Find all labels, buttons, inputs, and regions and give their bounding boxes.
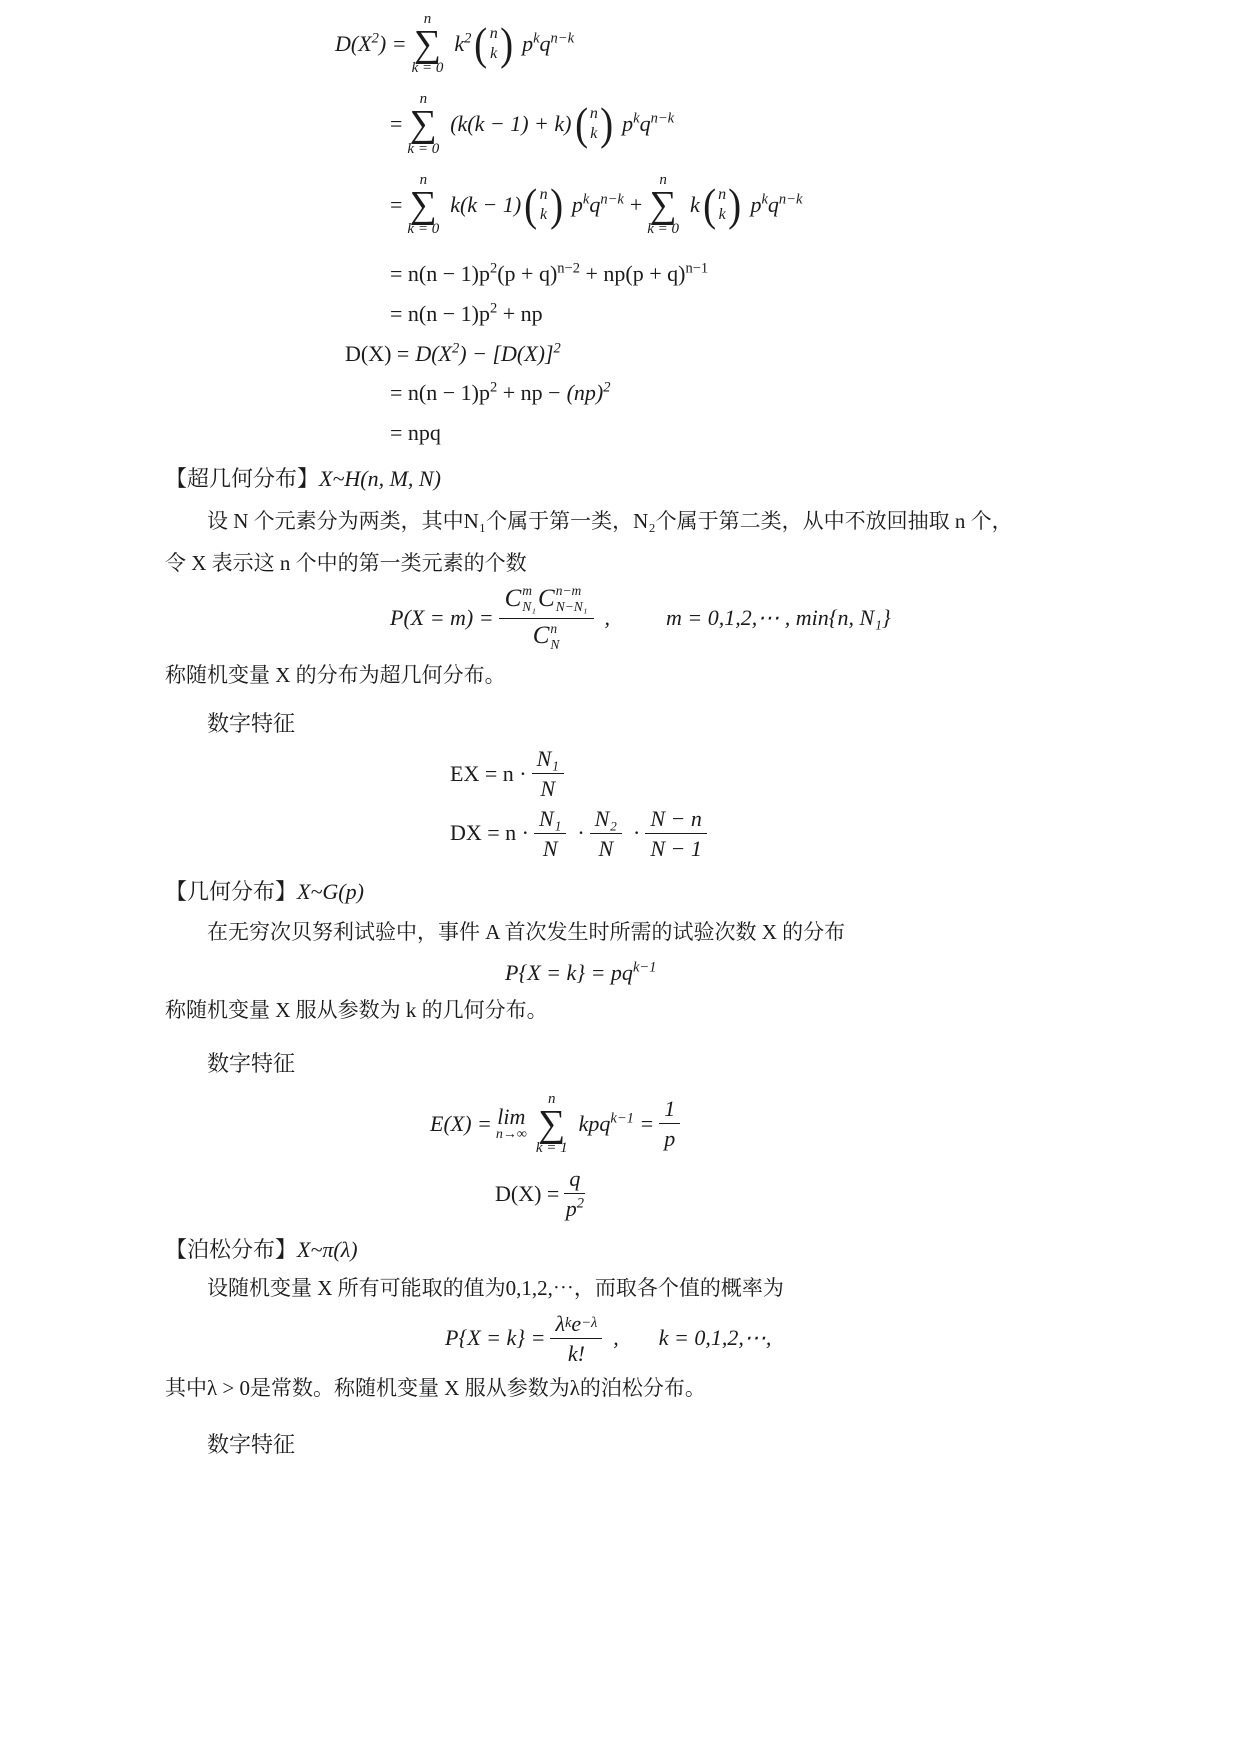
heading-notation: X~H(n, M, N): [319, 466, 441, 492]
section-heading-geometric: 【几何分布】 X~G(p): [165, 875, 1090, 906]
binomial-variance-derivation: D(X2) = n ∑ k = 0 k2 ( nk ) pkqn−k = n ∑…: [165, 12, 1090, 446]
sigma-icon: ∑: [538, 1108, 565, 1140]
limit-symbol: lim n→∞: [496, 1105, 527, 1143]
math-token: (k(k − 1) + k): [450, 111, 571, 137]
summation-symbol: n ∑ k = 1: [536, 1092, 568, 1156]
math-token: = n(n − 1)p2(p + q)n−2 + np(p + q)n−1: [390, 261, 708, 287]
fraction: 1 p: [659, 1096, 680, 1152]
equation-dx2-definition: D(X2) = n ∑ k = 0 k2 ( nk ) pkqn−k: [165, 12, 1090, 76]
equation-split-sums: = n ∑ k = 0 k(k − 1) ( nk ) pkqn−k + n ∑…: [165, 173, 1090, 237]
binom-top: n: [490, 24, 498, 44]
equation-simplified: = n(n − 1)p2 + np: [165, 301, 1090, 327]
equation-expand-k: = n ∑ k = 0 (k(k − 1) + k) ( nk ) pkqn−k: [165, 92, 1090, 156]
summation-symbol: n ∑ k = 0: [412, 12, 444, 76]
numeric-features-label: 数字特征: [165, 707, 1090, 738]
equation-variance-expanded: = n(n − 1)p2 + np − (np)2: [165, 380, 1090, 406]
plus-sign: +: [630, 192, 642, 218]
section-heading-poisson: 【泊松分布】 X~π(λ): [165, 1233, 1090, 1264]
poisson-section: 【泊松分布】 X~π(λ) 设随机变量 X 所有可能取的值为0,1,2,⋯，而取…: [165, 1233, 1090, 1459]
paragraph: 称随机变量 X 服从参数为 k 的几何分布。: [165, 998, 1090, 1022]
math-token: P{X = k} = pqk−1: [505, 960, 656, 986]
math-token: = n(n − 1)p2 + np: [390, 301, 543, 327]
combination-symbol: C n−mN−N₁: [538, 583, 588, 615]
geometric-expectation: E(X) = lim n→∞ n ∑ k = 1 kpqk−1 = 1 p: [165, 1092, 1090, 1156]
math-token: (np)2: [567, 380, 611, 406]
binomial-coefficient: ( nk ): [574, 104, 615, 144]
math-token: = npq: [390, 420, 441, 446]
math-token: P(X = m) =: [390, 605, 494, 631]
binomial-coefficient: ( nk ): [473, 24, 514, 64]
dot-operator: ·: [577, 820, 584, 846]
section-heading-hypergeometric: 【超几何分布】 X~H(n, M, N): [165, 462, 1090, 493]
geometric-pmf: P{X = k} = pqk−1: [165, 960, 1090, 986]
sigma-icon: ∑: [410, 189, 437, 221]
hypergeometric-expectation: EX = n · N₁ N: [165, 746, 1090, 802]
pmf-range: k = 0,1,2,⋯,: [659, 1325, 772, 1351]
math-token: kpqk−1 =: [579, 1111, 655, 1137]
equals-sign: =: [390, 111, 402, 137]
paragraph: 在无穷次贝努利试验中，事件 A 首次发生时所需的试验次数 X 的分布: [165, 920, 1090, 944]
binomial-coefficient: ( nk ): [523, 185, 564, 225]
paragraph: 设随机变量 X 所有可能取的值为0,1,2,⋯，而取各个值的概率为: [165, 1276, 1090, 1300]
heading-label: 【几何分布】: [165, 875, 297, 906]
heading-label: 【泊松分布】: [165, 1233, 297, 1264]
math-token: pkqn−k: [522, 31, 574, 57]
math-token: DX = n ·: [450, 820, 529, 846]
sigma-icon: ∑: [650, 189, 677, 221]
math-token: k(k − 1): [450, 192, 521, 218]
summation-symbol: n ∑ k = 0: [407, 173, 439, 237]
summation-symbol: n ∑ k = 0: [647, 173, 679, 237]
paragraph: 称随机变量 X 的分布为超几何分布。: [165, 663, 1090, 687]
heading-notation: X~G(p): [297, 879, 364, 905]
math-token: = n(n − 1)p2 + np −: [390, 380, 561, 406]
math-token: EX = n ·: [450, 761, 527, 787]
numeric-features-label: 数字特征: [165, 1428, 1090, 1459]
left-paren: (: [475, 24, 488, 64]
equation-closed-form: = n(n − 1)p2(p + q)n−2 + np(p + q)n−1: [165, 261, 1090, 287]
math-token: pkqn−k: [572, 192, 624, 218]
binom-bottom: k: [490, 44, 497, 64]
paragraph: 设 N 个元素分为两类，其中N₁个属于第一类，N₂个属于第二类，从中不放回抽取 …: [165, 509, 1090, 533]
hypergeometric-variance: DX = n · N₁ N · N₂ N · N − n N − 1: [165, 806, 1090, 862]
combination-symbol: C mN₁: [505, 583, 536, 615]
dot-operator: ·: [633, 820, 640, 846]
math-token: D(X2) =: [335, 31, 407, 57]
poisson-pmf: P{X = k} = λke−λ k! , k = 0,1,2,⋯,: [165, 1311, 1090, 1367]
math-token: k: [690, 192, 700, 218]
sigma-icon: ∑: [410, 108, 437, 140]
equation-variance-formula: D(X) = D(X2) − [D(X)]2: [165, 341, 1090, 367]
fraction: N₂ N: [590, 806, 622, 862]
geometric-variance: D(X) = q p2: [165, 1166, 1090, 1222]
combination-symbol: C nN: [533, 621, 560, 653]
binomial-coefficient: ( nk ): [702, 185, 743, 225]
math-token: pkqn−k: [750, 192, 802, 218]
equation-variance-result: = npq: [165, 420, 1090, 446]
math-token: pkqn−k: [622, 111, 674, 137]
math-token: D(X2) − [D(X)]2: [415, 341, 560, 367]
heading-notation: X~π(λ): [297, 1237, 358, 1263]
numeric-features-label: 数字特征: [165, 1047, 1090, 1078]
math-token: E(X) =: [430, 1111, 492, 1137]
fraction: N₁ N: [534, 806, 566, 862]
pmf-range: m = 0,1,2,⋯ , min{n, N₁}: [666, 605, 891, 631]
equals-sign: =: [390, 192, 402, 218]
right-paren: ): [500, 24, 513, 64]
sigma-icon: ∑: [414, 28, 441, 60]
math-token: D(X) =: [495, 1181, 559, 1207]
fraction: N − n N − 1: [645, 806, 707, 862]
summation-symbol: n ∑ k = 0: [407, 92, 439, 156]
paragraph: 令 X 表示这 n 个中的第一类元素的个数: [165, 551, 1090, 575]
math-token: P{X = k} =: [445, 1325, 545, 1351]
fraction: λke−λ k!: [550, 1311, 602, 1367]
math-token: k2: [454, 31, 471, 57]
geometric-section: 【几何分布】 X~G(p) 在无穷次贝努利试验中，事件 A 首次发生时所需的试验…: [165, 875, 1090, 1221]
comma: ,: [605, 605, 611, 631]
heading-label: 【超几何分布】: [165, 462, 319, 493]
document-page: D(X2) = n ∑ k = 0 k2 ( nk ) pkqn−k = n ∑…: [0, 0, 1240, 1754]
fraction: C mN₁ C n−mN−N₁ C nN: [499, 583, 594, 653]
hypergeometric-pmf: P(X = m) = C mN₁ C n−mN−N₁ C nN: [165, 583, 1090, 653]
paragraph: 其中λ > 0是常数。称随机变量 X 服从参数为λ的泊松分布。: [165, 1376, 1090, 1400]
math-token: D(X) =: [345, 341, 409, 367]
fraction: N₁ N: [532, 746, 564, 802]
fraction: q p2: [564, 1166, 585, 1222]
sum-lower-limit: k = 0: [412, 61, 444, 76]
hypergeometric-section: 【超几何分布】 X~H(n, M, N) 设 N 个元素分为两类，其中N₁个属于…: [165, 462, 1090, 861]
comma: ,: [613, 1325, 619, 1351]
